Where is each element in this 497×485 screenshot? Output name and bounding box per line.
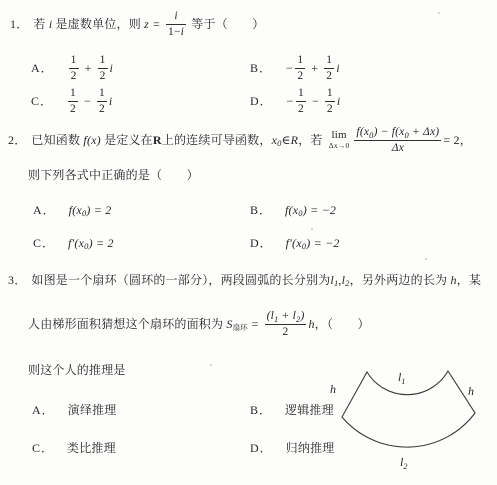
fraction-denominator: 2 [97, 103, 107, 115]
math-text: ) − f(x [374, 126, 405, 138]
operator: + [85, 61, 92, 76]
q3-stem-line3: 则这个人的推理是 [28, 360, 126, 380]
fraction-denominator: 1−i [166, 26, 186, 38]
fraction-denominator: 2 [296, 103, 306, 115]
fraction: 12 [68, 87, 78, 114]
figure-label-l1: l1 [398, 370, 405, 385]
q2-option-d: D． f′(x0) = −2 [250, 233, 340, 253]
fraction: 12 [97, 87, 107, 114]
option-label: A． [32, 403, 55, 418]
text: 1− [168, 26, 181, 38]
q3-text: ，另外两边的长为 [350, 273, 451, 288]
math-text: f(x [69, 203, 82, 218]
fraction-numerator: 1 [325, 87, 335, 99]
fraction-numerator: 1 [296, 87, 306, 99]
q1-text: 是虚数单位，则 [52, 17, 144, 32]
q3-number: 3． [8, 273, 26, 288]
fraction-bar [324, 68, 334, 69]
math-text: Δx [392, 142, 404, 154]
scan-noise-dot [311, 228, 313, 230]
limit-operator: lim Δx→0 [329, 130, 350, 150]
math-var-i: i [336, 61, 340, 76]
sign: − [286, 94, 294, 109]
subscript: 0 [302, 242, 306, 251]
q3-option-c: C． 类比推理 [32, 438, 116, 458]
sign: − [285, 61, 293, 76]
option-label: D． [250, 236, 273, 251]
equals-sign: = [252, 317, 259, 332]
math-text: ) = 2 [86, 203, 111, 218]
subscript: 1 [274, 314, 278, 324]
q3-stem-line2: 人由梯形面积猜想这个扇环的面积为 S扇环 = (l1 + l2) 2 h ，（ … [28, 303, 370, 345]
fraction-bar [68, 101, 78, 102]
fraction: f(x0) − f(x0 + Δx) Δx [354, 126, 441, 153]
fraction-numerator: 1 [97, 87, 107, 99]
figure-label-h-left: h [330, 382, 336, 397]
fraction-numerator: f(x0) − f(x0 + Δx) [354, 126, 441, 138]
q1-option-b: B． − 12 + 12 i [250, 53, 340, 83]
option-label: C． [31, 94, 53, 109]
fraction-denominator: 2 [295, 70, 305, 82]
fraction-denominator: 2 [324, 70, 334, 82]
math-text: ) = −2 [303, 203, 336, 218]
q2-text: 是定义在 [101, 133, 153, 148]
fraction-denominator: Δx [390, 142, 406, 154]
fraction-numerator: 1 [68, 87, 78, 99]
subscript: 2 [345, 279, 349, 288]
q2-text: 则下列各式中正确的是（ ） [28, 168, 199, 183]
option-label: D． [250, 441, 273, 456]
q3-text: 则这个人的推理是 [28, 363, 126, 378]
fraction: 12 [98, 54, 108, 81]
fraction: 12 [296, 87, 306, 114]
q3-text: ，（ ） [315, 317, 370, 332]
fraction-numerator: (l1 + l2) [265, 310, 307, 322]
fraction-bar [265, 324, 307, 325]
fraction-numerator: 1 [295, 54, 305, 66]
subscript: 0 [277, 139, 281, 148]
math-text: ) = 2 [89, 236, 114, 251]
exam-page: 1． 若 i 是虚数单位，则 z = i 1−i 等于（ ） A． 12 + 1… [0, 0, 497, 485]
subscript: 0 [404, 130, 408, 140]
fraction-denominator: 2 [281, 326, 291, 338]
lim-label: lim [331, 130, 346, 141]
operator: − [312, 94, 319, 109]
math-text: f(x [285, 203, 298, 218]
operator: − [84, 94, 91, 109]
fraction-denominator: 2 [69, 70, 79, 82]
math-text: f′(x [286, 236, 302, 251]
fraction-numerator: 1 [324, 54, 334, 66]
fraction: 12 [324, 54, 334, 81]
scan-noise-dot [438, 12, 440, 14]
q3-option-a: A． 演绎推理 [32, 400, 116, 420]
q1-text: 若 [33, 17, 48, 32]
math-var-i: i [181, 26, 184, 38]
math-var-z: z [144, 17, 149, 32]
fraction: i 1−i [166, 10, 186, 37]
q2-text: 上的连续可导函数， [162, 133, 272, 148]
math-set-R: R [153, 133, 162, 148]
q2-number: 2． [8, 133, 26, 148]
option-text: 类比推理 [67, 441, 116, 456]
math-in-R: ∈R [282, 133, 299, 148]
q1-number: 1． [10, 17, 28, 32]
q2-option-b: B． f(x0) = −2 [250, 200, 336, 220]
math-fx: f(x) [83, 133, 100, 148]
annular-sector-shape [342, 371, 475, 447]
fraction-bar [69, 68, 79, 69]
option-label: B． [250, 61, 272, 76]
fraction: 12 [69, 54, 79, 81]
fraction-denominator: 2 [68, 103, 78, 115]
fraction-bar [296, 101, 306, 102]
scan-noise-dot [425, 258, 427, 260]
subscript: 2 [403, 462, 407, 471]
q2-stem: 2． 已知函数 f(x) 是定义在 R 上的连续可导函数， x0 ∈R ，若 l… [8, 119, 472, 161]
subscript: 0 [84, 242, 88, 251]
q3-stem: 3． 如图是一个扇环（圆环的一部分），两段圆弧的长分别为 l1 , l2 ，另外… [8, 270, 481, 290]
option-text: 逻辑推理 [285, 403, 334, 418]
fraction-denominator: 2 [98, 70, 108, 82]
option-text: 演绎推理 [68, 403, 117, 418]
q1-option-d: D． − 12 − 12 i [250, 86, 340, 116]
q2-option-c: C． f′(x0) = 2 [33, 233, 114, 253]
math-var-i: i [110, 61, 114, 76]
option-label: C． [32, 441, 54, 456]
math-var-i: i [174, 10, 177, 22]
fraction-bar [354, 140, 441, 141]
option-label: A． [33, 203, 56, 218]
q2-option-a: A． f(x0) = 2 [33, 200, 111, 220]
fraction: 12 [295, 54, 305, 81]
subscript-shanhuan: 扇环 [233, 324, 248, 332]
fraction-bar [98, 68, 108, 69]
math-text: f(x [356, 126, 369, 138]
fraction-bar [166, 24, 186, 25]
lim-condition: Δx→0 [329, 142, 350, 150]
fraction-numerator: 1 [69, 54, 79, 66]
fraction-bar [325, 101, 335, 102]
q2-text: 已知函数 [31, 133, 83, 148]
option-label: B． [250, 403, 272, 418]
q3-option-b: B． 逻辑推理 [250, 400, 334, 420]
fraction-bar [295, 68, 305, 69]
fraction-numerator: 1 [98, 54, 108, 66]
option-label: A． [31, 61, 54, 76]
option-label: B． [250, 203, 272, 218]
math-var-i: i [337, 94, 341, 109]
q1-option-c: C． 12 − 12 i [31, 86, 112, 116]
math-text: (l [267, 310, 274, 322]
fraction: (l1 + l2) 2 [265, 310, 307, 337]
subscript: 0 [82, 209, 86, 218]
equals-sign: = [153, 17, 160, 32]
fraction-denominator: 2 [325, 103, 335, 115]
fraction-numerator: i [172, 10, 179, 22]
math-var-i: i [109, 94, 113, 109]
math-text: ) [300, 310, 304, 322]
math-text: f′(x [68, 236, 84, 251]
q3-text: ，某 [457, 273, 481, 288]
figure-label-h-right: h [468, 384, 474, 399]
subscript: 0 [369, 130, 373, 140]
q3-text: 人由梯形面积猜想这个扇环的面积为 [28, 317, 226, 332]
subscript: 1 [401, 377, 405, 386]
subscript: 2 [296, 314, 300, 324]
math-text: + l [278, 310, 296, 322]
option-label: D． [250, 94, 273, 109]
scan-noise-dot [210, 364, 212, 366]
math-text: ) = −2 [306, 236, 339, 251]
q2-stem-line2: 则下列各式中正确的是（ ） [28, 165, 199, 185]
fraction-bar [97, 101, 107, 102]
q2-text: ，若 [298, 133, 326, 148]
fraction: 12 [325, 87, 335, 114]
q3-option-d: D． 归纳推理 [250, 438, 334, 458]
figure-label-l2: l2 [400, 455, 407, 470]
q1-stem: 1． 若 i 是虚数单位，则 z = i 1−i 等于（ ） [10, 5, 264, 43]
q3-text: 如图是一个扇环（圆环的一部分），两段圆弧的长分别为 [31, 273, 330, 288]
option-text: 归纳推理 [286, 441, 335, 456]
q1-option-a: A． 12 + 12 i [31, 53, 113, 83]
q2-text: = 2， [443, 133, 472, 148]
q1-text: 等于（ ） [188, 17, 264, 32]
operator: + [311, 61, 318, 76]
subscript: 1 [334, 279, 338, 288]
subscript: 0 [298, 209, 302, 218]
option-label: C． [33, 236, 55, 251]
math-text: + Δx) [409, 126, 439, 138]
